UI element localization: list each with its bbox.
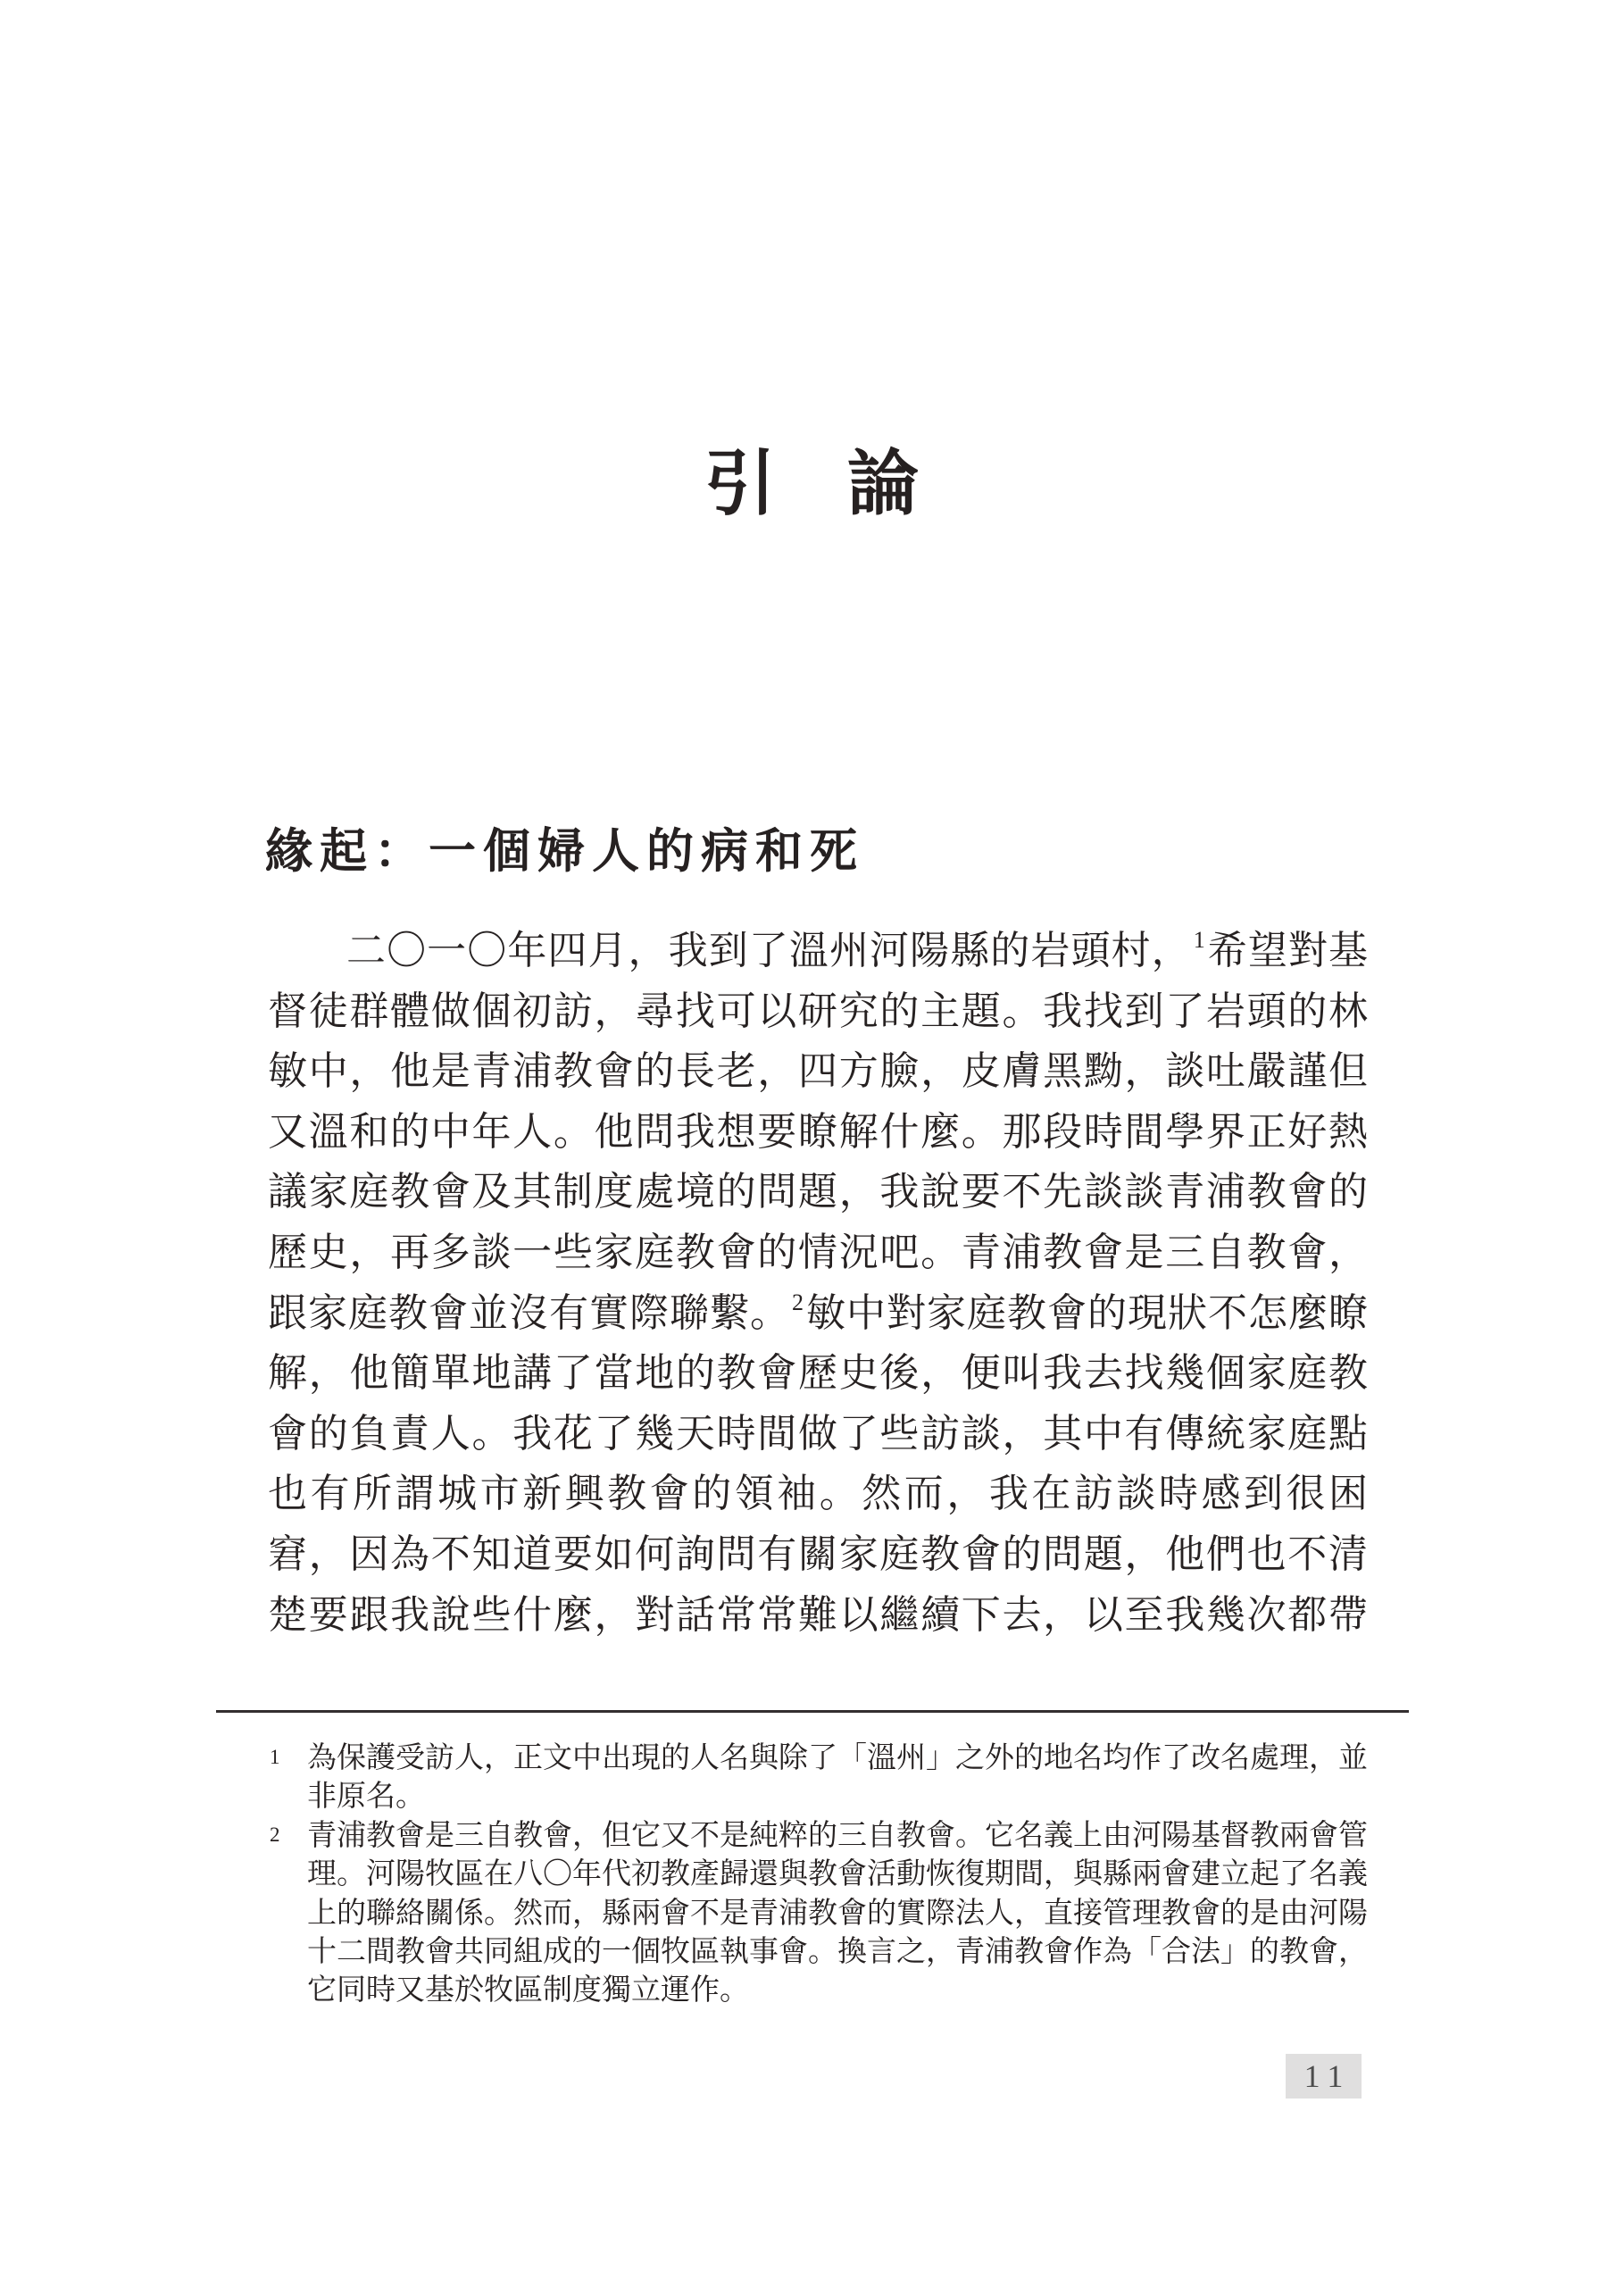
body-text-line: 會的負責人。我花了幾天時間做了些訪談，其中有傳統家庭點: [268, 1404, 1368, 1464]
body-text-segment: 跟家庭教會並沒有實際聯繫。: [268, 1291, 790, 1335]
page-number: 11: [1286, 2054, 1362, 2099]
footnote-text-line: 理。河陽牧區在八〇年代初教產歸還與教會活動恢復期間，與縣兩會建立起了名義: [307, 1854, 1368, 1892]
body-text-line: 又溫和的中年人。他問我想要瞭解什麼。那段時間學界正好熱: [268, 1102, 1368, 1163]
body-text-line: 跟家庭教會並沒有實際聯繫。2敏中對家庭教會的現狀不怎麼瞭: [268, 1283, 1368, 1344]
body-text-segment: 會的負責人。我花了幾天時間做了些訪談，其中有傳統家庭點: [268, 1412, 1368, 1456]
body-text-line: 歷史，再多談一些家庭教會的情況吧。青浦教會是三自教會，: [268, 1222, 1368, 1283]
footnote-item-2: 2青浦教會是三自教會，但它又不是純粹的三自教會。它名義上由河陽基督教兩會管理。河…: [268, 1815, 1368, 2009]
body-text-segment: 督徒群體做個初訪，尋找可以研究的主題。我找到了岩頭的林: [268, 989, 1368, 1033]
body-text-segment: 解，他簡單地講了當地的教會歷史後，便叫我去找幾個家庭教: [268, 1351, 1368, 1395]
body-text-line: 督徒群體做個初訪，尋找可以研究的主題。我找到了岩頭的林: [268, 981, 1368, 1042]
section-heading: 緣起：一個婦人的病和死: [265, 825, 864, 880]
body-text-segment: 敏中，他是青浦教會的長老，四方臉，皮膚黑黝，談吐嚴謹但: [268, 1049, 1368, 1093]
footnote-text-line: 為保護受訪人，正文中出現的人名與除了「溫州」之外的地名均作了改名處理，並: [307, 1738, 1368, 1776]
body-text-segment: 也有所謂城市新興教會的領袖。然而，我在訪談時感到很困: [268, 1472, 1368, 1515]
body-text-line: 議家庭教會及其制度處境的問題，我說要不先談談青浦教會的: [268, 1162, 1368, 1222]
body-text-segment: 希望對基: [1207, 929, 1368, 972]
footnote-marker: 1: [270, 1738, 280, 1776]
body-text-line: 二〇一〇年四月，我到了溫州河陽縣的岩頭村，1希望對基: [268, 921, 1368, 981]
footnote-text-line: 非原名。: [307, 1776, 1368, 1815]
footnote-text-line: 上的聯絡關係。然而，縣兩會不是青浦教會的實際法人，直接管理教會的是由河陽: [307, 1893, 1368, 1932]
body-text-line: 窘，因為不知道要如何詢問有關家庭教會的問題，他們也不清: [268, 1524, 1368, 1585]
body-text-line: 也有所謂城市新興教會的領袖。然而，我在訪談時感到很困: [268, 1464, 1368, 1524]
body-text-line: 解，他簡單地講了當地的教會歷史後，便叫我去找幾個家庭教: [268, 1343, 1368, 1404]
body-text-segment: 二〇一〇年四月，我到了溫州河陽縣的岩頭村，: [346, 929, 1192, 972]
body-text-segment: 又溫和的中年人。他問我想要瞭解什麼。那段時間學界正好熱: [268, 1110, 1368, 1154]
footnotes: 1為保護受訪人，正文中出現的人名與除了「溫州」之外的地名均作了改名處理，並非原名…: [268, 1738, 1368, 2009]
footnote-text-line: 十二間教會共同組成的一個牧區執事會。換言之，青浦教會作為「合法」的教會，: [307, 1932, 1368, 1970]
footnote-ref-2: 2: [792, 1289, 804, 1315]
body-text-line: 敏中，他是青浦教會的長老，四方臉，皮膚黑黝，談吐嚴謹但: [268, 1041, 1368, 1102]
body-text-segment: 歷史，再多談一些家庭教會的情況吧。青浦教會是三自教會，: [268, 1231, 1368, 1274]
body-text-segment: 議家庭教會及其制度處境的問題，我說要不先談談青浦教會的: [268, 1170, 1368, 1214]
book-page: 引 論 緣起：一個婦人的病和死 二〇一〇年四月，我到了溫州河陽縣的岩頭村，1希望…: [0, 0, 1624, 2278]
body-paragraph: 二〇一〇年四月，我到了溫州河陽縣的岩頭村，1希望對基督徒群體做個初訪，尋找可以研…: [268, 921, 1368, 1645]
footnote-ref-1: 1: [1194, 927, 1205, 953]
footnote-marker: 2: [270, 1815, 280, 1854]
footnote-text-line: 它同時又基於牧區制度獨立運作。: [307, 1970, 1368, 2008]
body-text-segment: 窘，因為不知道要如何詢問有關家庭教會的問題，他們也不清: [268, 1532, 1368, 1576]
chapter-title: 引 論: [262, 449, 1362, 521]
body-text-segment: 敏中對家庭教會的現狀不怎麼瞭: [805, 1291, 1368, 1335]
footnote-item-1: 1為保護受訪人，正文中出現的人名與除了「溫州」之外的地名均作了改名處理，並非原名…: [268, 1738, 1368, 1815]
body-text-line: 楚要跟我說些什麼，對話常常難以繼續下去，以至我幾次都帶: [268, 1585, 1368, 1646]
footnote-separator: [216, 1710, 1409, 1713]
body-text-segment: 楚要跟我說些什麼，對話常常難以繼續下去，以至我幾次都帶: [268, 1593, 1368, 1637]
footnote-text-line: 青浦教會是三自教會，但它又不是純粹的三自教會。它名義上由河陽基督教兩會管: [307, 1815, 1368, 1854]
